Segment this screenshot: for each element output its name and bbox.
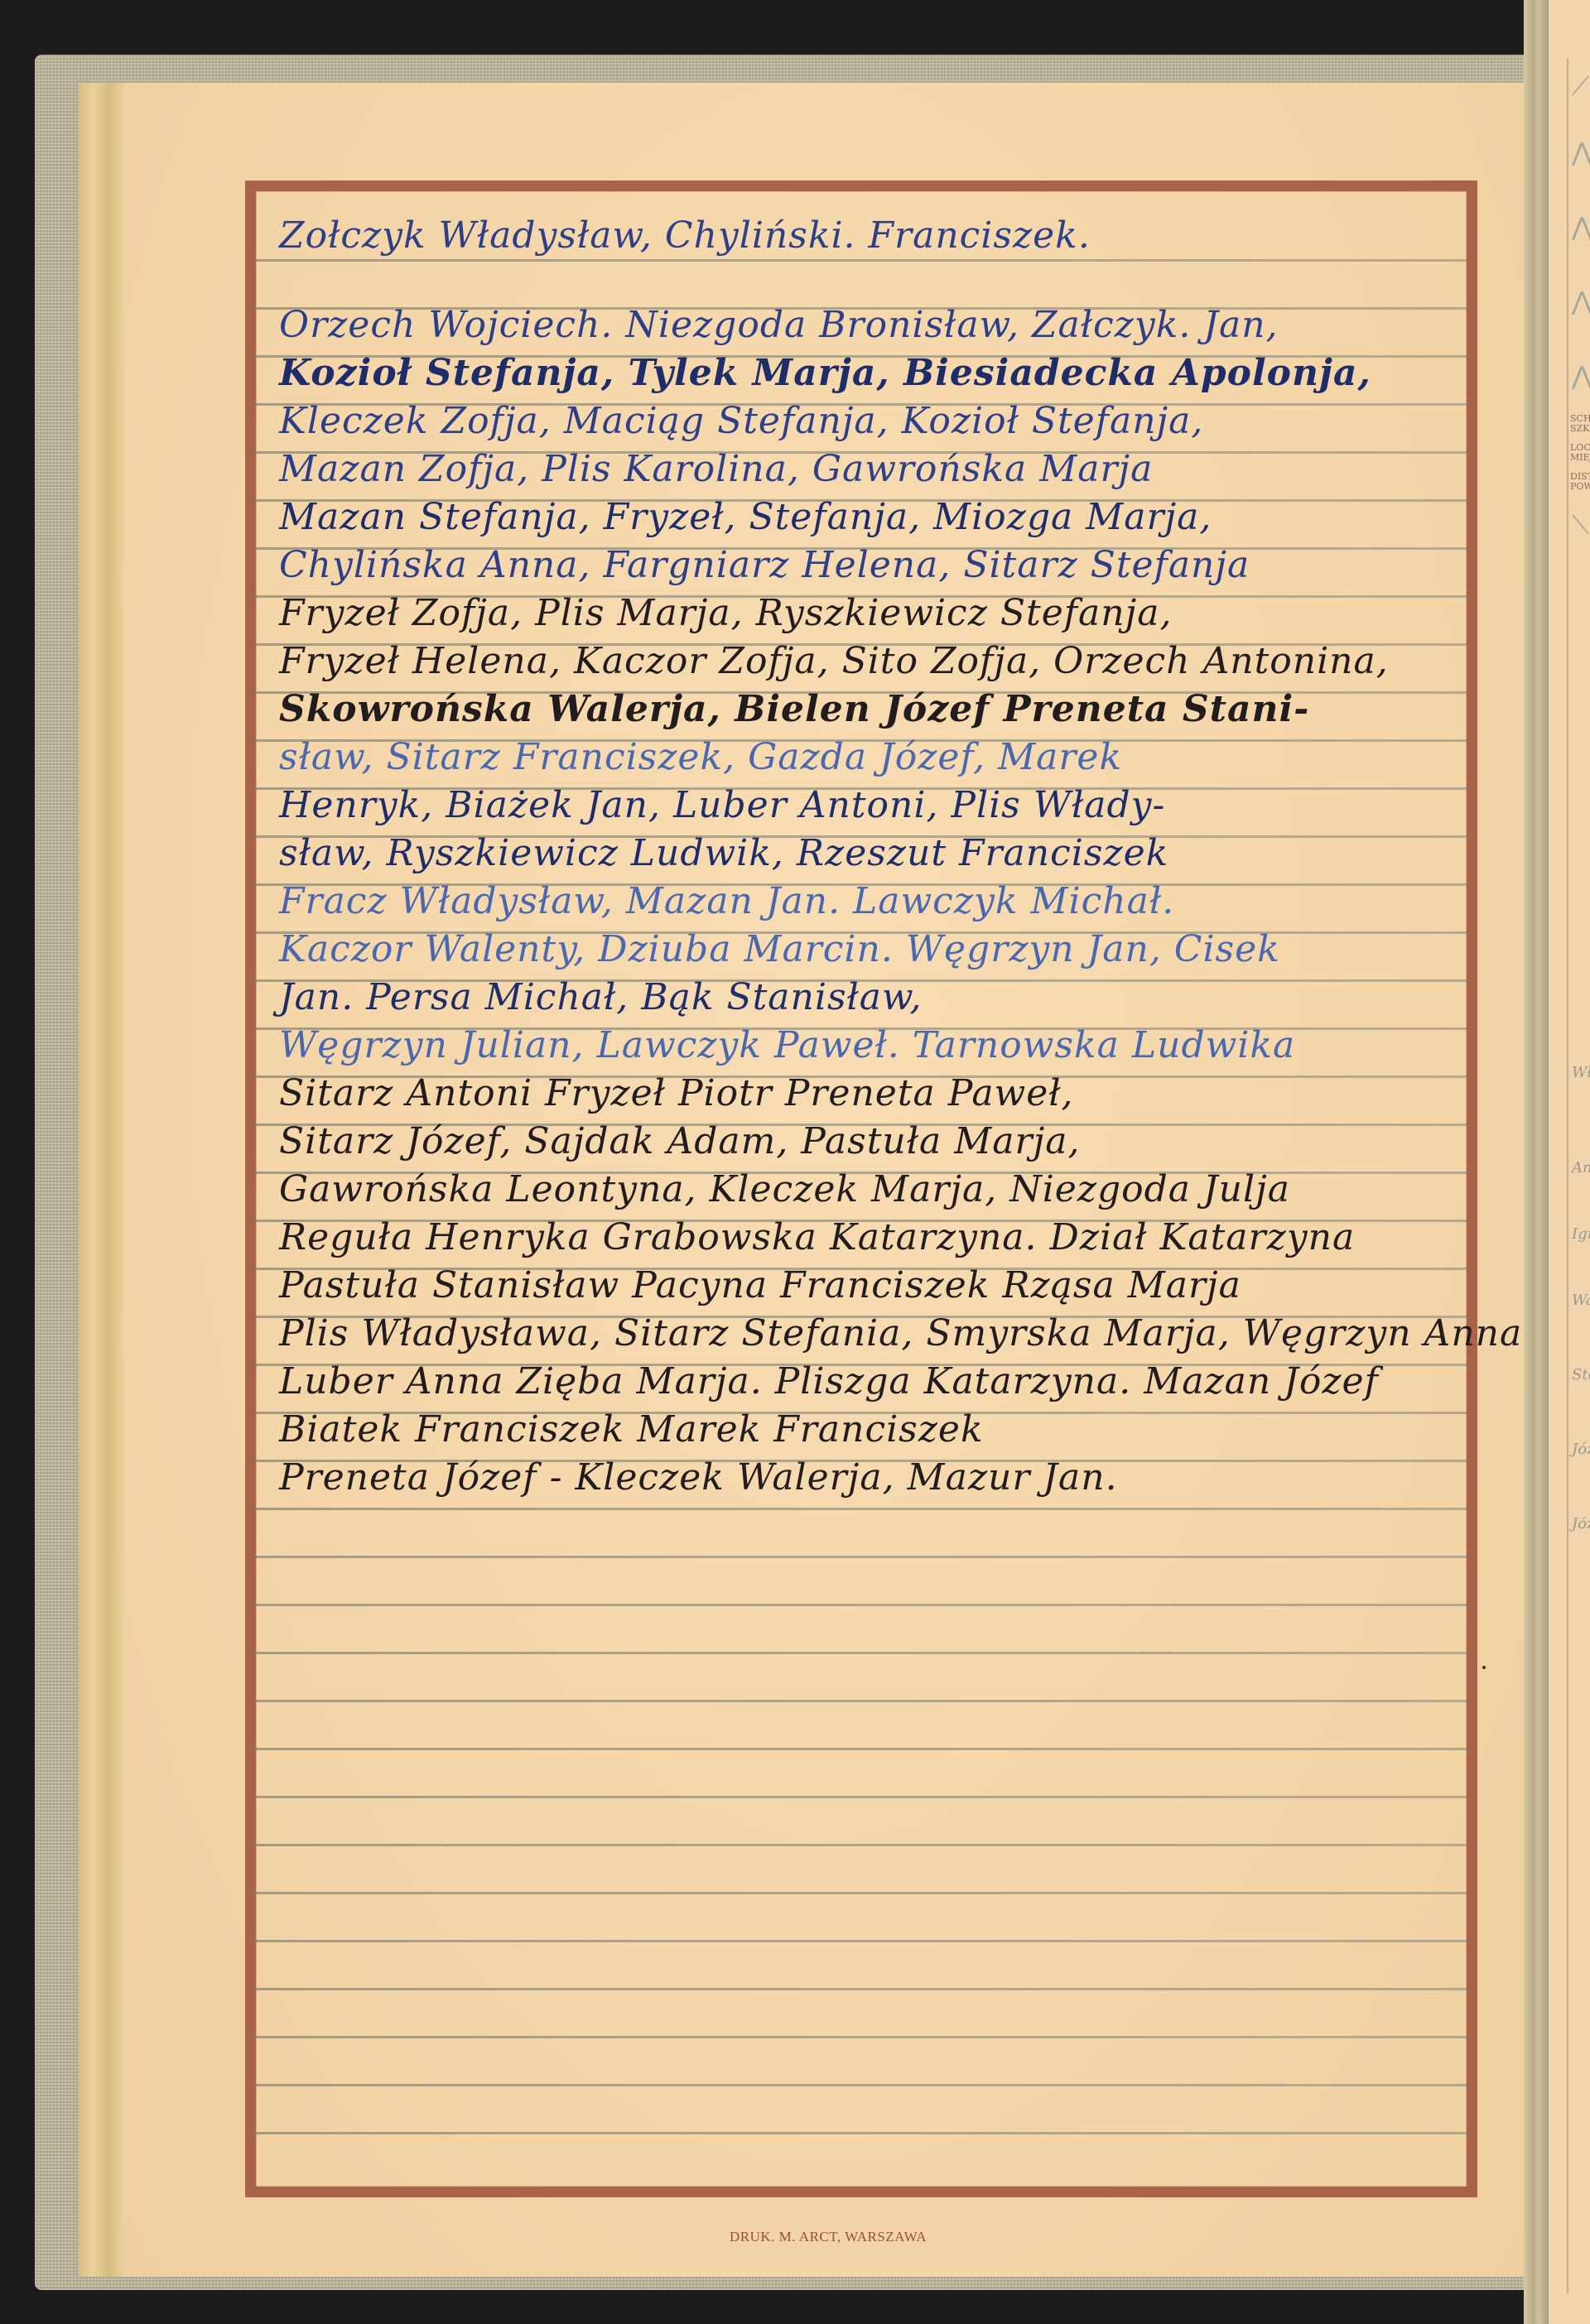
adjacent-label: DISTR [1570,472,1590,482]
handwritten-line: Sitarz Józef, Sajdak Adam, Pastuła Marja… [279,1120,1458,1162]
adjacent-handwriting: Józe [1572,1515,1590,1532]
handwritten-line: Chylińska Anna, Fargniarz Helena, Sitarz… [279,544,1458,586]
adjacent-page-border [1567,58,1568,2293]
ruled-line [256,2084,1467,2086]
ruled-line [256,1748,1467,1750]
ornament-icon: ⟍ [1572,513,1590,538]
ornament-icon: ⋀ [1572,215,1590,240]
adjacent-handwriting: Ant [1572,1159,1590,1176]
handwritten-line: sław, Sitarz Franciszek, Gazda Józef, Ma… [279,736,1458,778]
adjacent-label: SZKO [1570,424,1590,434]
handwritten-line: Pastuła Stanisław Pacyna Franciszek Rząs… [279,1264,1458,1306]
handwritten-line: Fryzeł Zofja, Plis Marja, Ryszkiewicz St… [279,592,1458,634]
handwritten-line: Skowrońska Walerja, Bielen Józef Preneta… [279,688,1458,730]
handwritten-line: Gawrońska Leontyna, Kleczek Marja, Niezg… [279,1168,1458,1210]
handwritten-line: Sitarz Antoni Fryzeł Piotr Preneta Paweł… [279,1072,1458,1114]
book-gutter [1524,0,1549,2324]
ornament-icon: ⋀ [1572,290,1590,315]
ink-speck [1482,1666,1486,1669]
adjacent-handwriting: Stef [1572,1366,1590,1383]
ruled-line [256,1844,1467,1846]
ruled-line [256,1508,1467,1510]
handwritten-line: Preneta Józef - Kleczek Walerja, Mazur J… [279,1456,1458,1499]
adjacent-handwriting: Wła [1572,1064,1590,1081]
adjacent-handwriting: Wac [1572,1292,1590,1309]
handwritten-line: Jan. Persa Michał, Bąk Stanisław, [279,976,1458,1018]
handwritten-line: Orzech Wojciech. Niezgoda Bronisław, Zał… [279,304,1458,346]
handwritten-line: Mazan Stefanja, Fryzeł, Stefanja, Miozga… [279,496,1458,538]
handwritten-line: Luber Anna Zięba Marja. Pliszga Katarzyn… [279,1360,1458,1403]
ruled-line [256,1892,1467,1894]
adjacent-page: ⟋ ⋀ ⋀ ⋀ ⋀ SCHO SZKO LOCA MIEJ DISTR POW … [1549,0,1590,2324]
handwritten-line: Plis Władysława, Sitarz Stefania, Smyrsk… [279,1312,1458,1354]
ruled-line [256,1940,1467,1942]
ruled-line [256,2132,1467,2134]
adjacent-handwriting: Igna [1572,1225,1590,1243]
handwritten-line: Biatek Franciszek Marek Franciszek [279,1408,1458,1451]
ruled-line [256,1556,1467,1558]
handwritten-line: sław, Ryszkiewicz Ludwik, Rzeszut Franci… [279,832,1458,874]
handwritten-line: Kleczek Zofja, Maciąg Stefanja, Kozioł S… [279,400,1458,442]
handwritten-line: Kaczor Walenty, Dziuba Marcin. Węgrzyn J… [279,928,1458,970]
ornament-icon: ⋀ [1572,364,1590,389]
handwritten-line: Henryk, Biażek Jan, Luber Antoni, Plis W… [279,784,1458,826]
handwritten-line: Reguła Henryka Grabowska Katarzyna. Dzia… [279,1216,1458,1258]
ornament-icon: ⋀ [1572,141,1590,166]
ruled-line [256,1700,1467,1702]
adjacent-label: MIEJ [1570,453,1590,463]
adjacent-label: SCHO [1570,414,1590,424]
ruled-line [256,259,1467,262]
printer-imprint: DRUK. M. ARCT, WARSZAWA [0,2229,1590,2245]
page-stack-edges [79,83,128,2277]
handwritten-line: Węgrzyn Julian, Lawczyk Paweł. Tarnowska… [279,1024,1458,1066]
ornament-icon: ⟋ [1572,75,1590,99]
ruled-line [256,1652,1467,1654]
ruled-line [256,1796,1467,1798]
adjacent-label: LOCA [1570,443,1590,453]
handwritten-line: Mazan Zofja, Plis Karolina, Gawrońska Ma… [279,448,1458,490]
ruled-line [256,1604,1467,1606]
page-frame: Zołczyk Władysław, Chyliński. Franciszek… [245,180,1477,2197]
ruled-line [256,1988,1467,1990]
adjacent-label: POW [1570,482,1590,492]
adjacent-handwriting: Józ [1572,1441,1590,1458]
handwritten-line: Fracz Władysław, Mazan Jan. Lawczyk Mich… [279,880,1458,922]
handwritten-line: Zołczyk Władysław, Chyliński. Franciszek… [279,214,1458,257]
ruled-line [256,2036,1467,2038]
handwritten-line: Fryzeł Helena, Kaczor Zofja, Sito Zofja,… [279,640,1458,682]
handwritten-line: Kozioł Stefanja, Tylek Marja, Biesiadeck… [279,352,1458,394]
